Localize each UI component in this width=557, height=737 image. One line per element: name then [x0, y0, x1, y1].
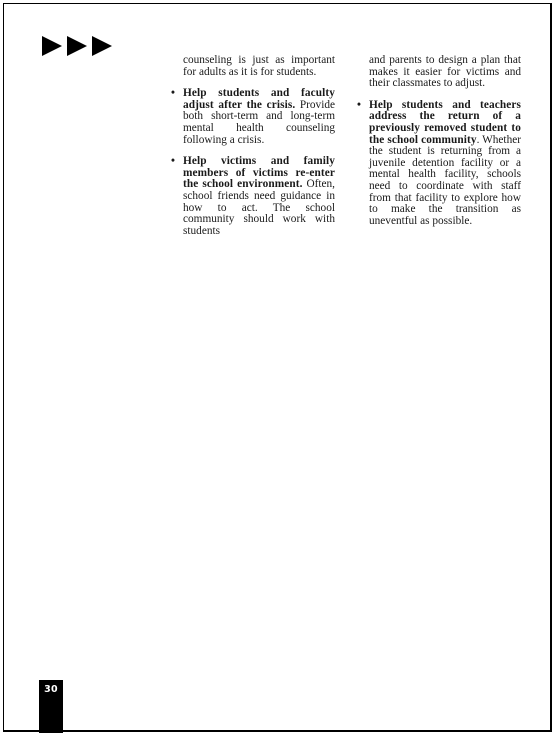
paragraph-continuation: counseling is just as important for adul… [183, 55, 335, 78]
right-arrow-icon [67, 36, 87, 56]
bullet-text: . Whether the student is returning from … [369, 134, 521, 227]
right-arrow-icon [92, 36, 112, 56]
page-number: 30 [44, 684, 58, 695]
bullet-item: Help students and teachers address the r… [369, 100, 521, 228]
text-column-right: and parents to design a plan that makes … [369, 55, 521, 227]
text-column-left: counseling is just as important for adul… [183, 55, 335, 237]
bullet-item: Help students and faculty adjust after t… [183, 88, 335, 146]
right-arrow-icon [42, 36, 62, 56]
bullet-item: Help victims and family members of victi… [183, 156, 335, 237]
page-number-tab: 30 [39, 680, 63, 733]
paragraph-continuation: and parents to design a plan that makes … [369, 55, 521, 90]
triple-right-arrow-icon [42, 36, 112, 56]
